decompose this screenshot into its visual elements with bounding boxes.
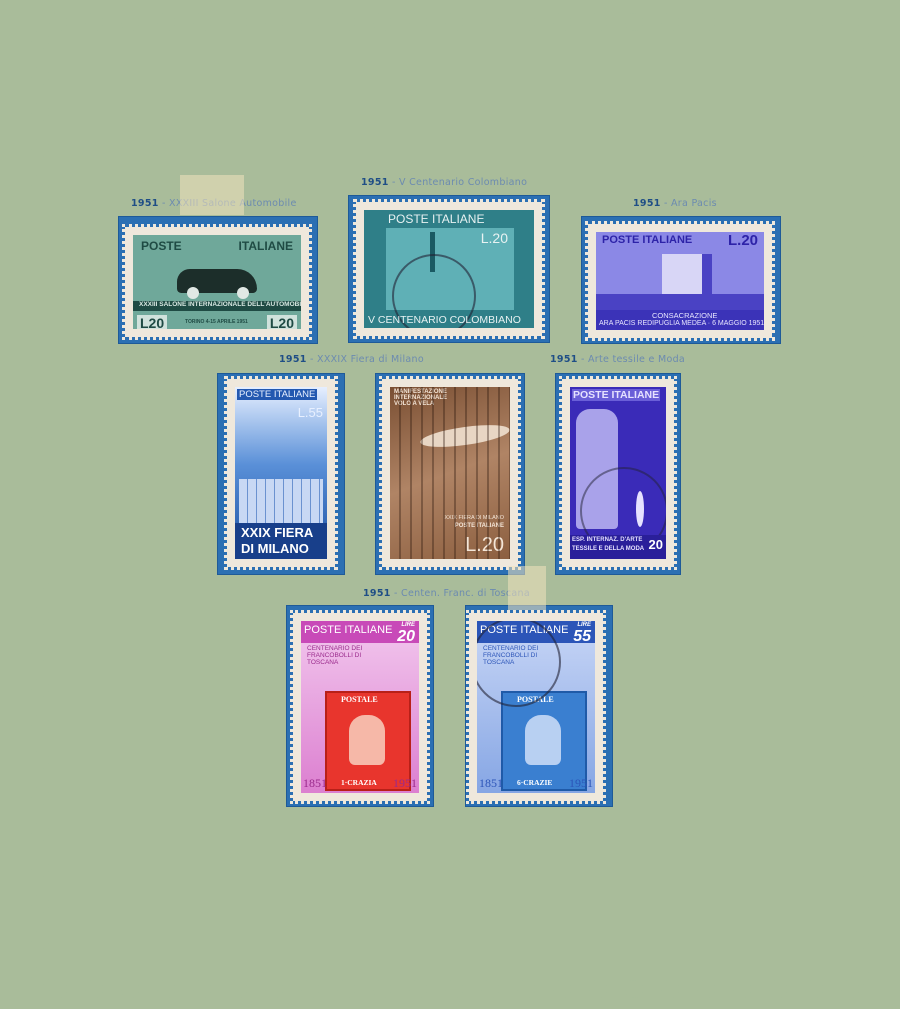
inner-stamp-label: 6·CRAZIE [517, 778, 552, 787]
stamp-subtext: DI MILANO [241, 541, 309, 556]
stamp-value: L20 [137, 315, 167, 329]
stamp-year-right: 1951 [393, 776, 417, 791]
stamp-inscription: CONSACRAZIONE [652, 311, 717, 320]
stamp-subtext: TESSILE E DELLA MODA [572, 546, 644, 552]
wheel-icon [187, 287, 199, 299]
stamp-mount-fiera: POSTE ITALIANE L.55 XXIX FIERA DI MILANO [218, 374, 344, 574]
stamp-year-left: 1851 [303, 776, 327, 791]
stamp-issuer: POSTE ITALIANE [602, 234, 692, 246]
stamp-issuer: POSTE [141, 239, 182, 253]
stamp-issuer: POSTE ITALIANE [237, 389, 317, 400]
stamp-inscription: ESP. INTERNAZ. D'ARTE [572, 537, 642, 543]
caption-year: 1951 [361, 177, 389, 188]
stamp-mount-volo: MANIFESTAZIONE INTERNAZIONALE VOLO A VEL… [376, 374, 524, 574]
stamp-value: L.20 [728, 232, 758, 249]
stamp-mount-salone: POSTE ITALIANE XXXIII SALONE INTERNAZION… [119, 217, 317, 343]
stamp-value: 20 [397, 628, 415, 646]
stamp-mount-toscana-20: POSTE ITALIANE LIRE 20 CENTENARIO DEI FR… [287, 606, 433, 806]
stamp-value: L20 [267, 315, 297, 329]
caption-year: 1951 [131, 198, 159, 209]
hinge-tape [508, 566, 546, 610]
stamp-year-right: 1951 [569, 776, 593, 791]
wheel-icon [237, 287, 249, 299]
stamp-value: 55 [573, 628, 591, 646]
stamp-volo-a-vela[interactable]: MANIFESTAZIONE INTERNAZIONALE VOLO A VEL… [382, 379, 518, 567]
stamp-inscription: V CENTENARIO COLOMBIANO [368, 314, 521, 326]
stamp-toscana-55[interactable]: POSTE ITALIANE LIRE 55 CENTENARIO DEI FR… [469, 613, 603, 801]
hinge-tape [180, 175, 244, 215]
inner-stamp-label: POSTALE [341, 695, 378, 704]
caption-ara-pacis: 1951 - Ara Pacis [633, 198, 717, 209]
lion-icon [525, 715, 561, 765]
caption-centenario-colombiano: 1951 - V Centenario Colombiano [361, 177, 527, 188]
stamp-arte-tessile[interactable]: POSTE ITALIANE ESP. INTERNAZ. D'ARTE TES… [562, 379, 674, 567]
inner-stamp-label: 1·CRAZIA [341, 778, 377, 787]
monument-icon [662, 254, 712, 298]
stamp-toscana-20[interactable]: POSTE ITALIANE LIRE 20 CENTENARIO DEI FR… [293, 613, 427, 801]
caption-toscana: 1951 - Centen. Franc. di Toscana [363, 588, 530, 599]
stamp-mount-colombiano: POSTE ITALIANE L.20 V CENTENARIO COLOMBI… [349, 196, 549, 342]
stamp-fiera-milano[interactable]: POSTE ITALIANE L.55 XXIX FIERA DI MILANO [227, 379, 335, 567]
stamp-value: L.55 [298, 405, 323, 420]
stamp-centenario-colombiano[interactable]: POSTE ITALIANE L.20 V CENTENARIO COLOMBI… [356, 202, 542, 336]
caption-year: 1951 [279, 354, 307, 365]
caption-year: 1951 [633, 198, 661, 209]
stamp-issuer: POSTE ITALIANE [388, 212, 484, 226]
caption-fiera-milano: 1951 - XXXIX Fiera di Milano [279, 354, 424, 365]
pavilion-grid [239, 479, 323, 523]
stamp-value: L.20 [481, 230, 508, 246]
stamp-subtext: TORINO 4-15 APRILE 1951 [185, 319, 248, 325]
caption-text: - V Centenario Colombiano [389, 177, 528, 188]
inscription-band: XXXIII SALONE INTERNAZIONALE DELL'AUTOMO… [133, 301, 301, 311]
caption-arte-tessile: 1951 - Arte tessile e Moda [550, 354, 685, 365]
caption-text: - Ara Pacis [661, 198, 717, 209]
caption-year: 1951 [363, 588, 391, 599]
cancellation-wavy-lines [390, 387, 510, 559]
caption-year: 1951 [550, 354, 578, 365]
stamp-mount-arte-tessile: POSTE ITALIANE ESP. INTERNAZ. D'ARTE TES… [556, 374, 680, 574]
stamp-subtext: ARA PACIS REDIPUGLIA MEDEA · 6 MAGGIO 19… [599, 320, 764, 327]
stamp-issuer: ITALIANE [239, 239, 293, 253]
inscription-band: CONSACRAZIONE ARA PACIS REDIPUGLIA MEDEA… [596, 310, 764, 330]
inscription-band: XXIX FIERA DI MILANO [235, 523, 327, 559]
inscription-band: ESP. INTERNAZ. D'ARTE TESSILE E DELLA MO… [570, 535, 666, 559]
stamp-issuer: POSTE ITALIANE [572, 389, 660, 401]
stamp-inscription: CENTENARIO DEI FRANCOBOLLI DI TOSCANA [307, 645, 387, 666]
stamp-inscription: XXIX FIERA [241, 525, 313, 540]
stamp-mount-toscana-55: POSTE ITALIANE LIRE 55 CENTENARIO DEI FR… [466, 606, 612, 806]
caption-text: - XXXIX Fiera di Milano [307, 354, 424, 365]
stamp-ara-pacis[interactable]: POSTE ITALIANE L.20 CONSACRAZIONE ARA PA… [588, 224, 772, 338]
lion-icon [349, 715, 385, 765]
stamp-inscription: XXXIII SALONE INTERNAZIONALE DELL'AUTOMO… [139, 301, 301, 308]
caption-text: - Arte tessile e Moda [578, 354, 685, 365]
stamp-issuer: POSTE ITALIANE [304, 624, 392, 636]
stamp-year-left: 1851 [479, 776, 503, 791]
stamp-value: 20 [649, 537, 663, 552]
header-band: POSTE ITALIANE LIRE 20 [301, 621, 419, 643]
stamp-salone-automobile[interactable]: POSTE ITALIANE XXXIII SALONE INTERNAZION… [125, 227, 309, 337]
hillside [596, 294, 764, 310]
stamp-mount-ara-pacis: POSTE ITALIANE L.20 CONSACRAZIONE ARA PA… [582, 217, 780, 343]
